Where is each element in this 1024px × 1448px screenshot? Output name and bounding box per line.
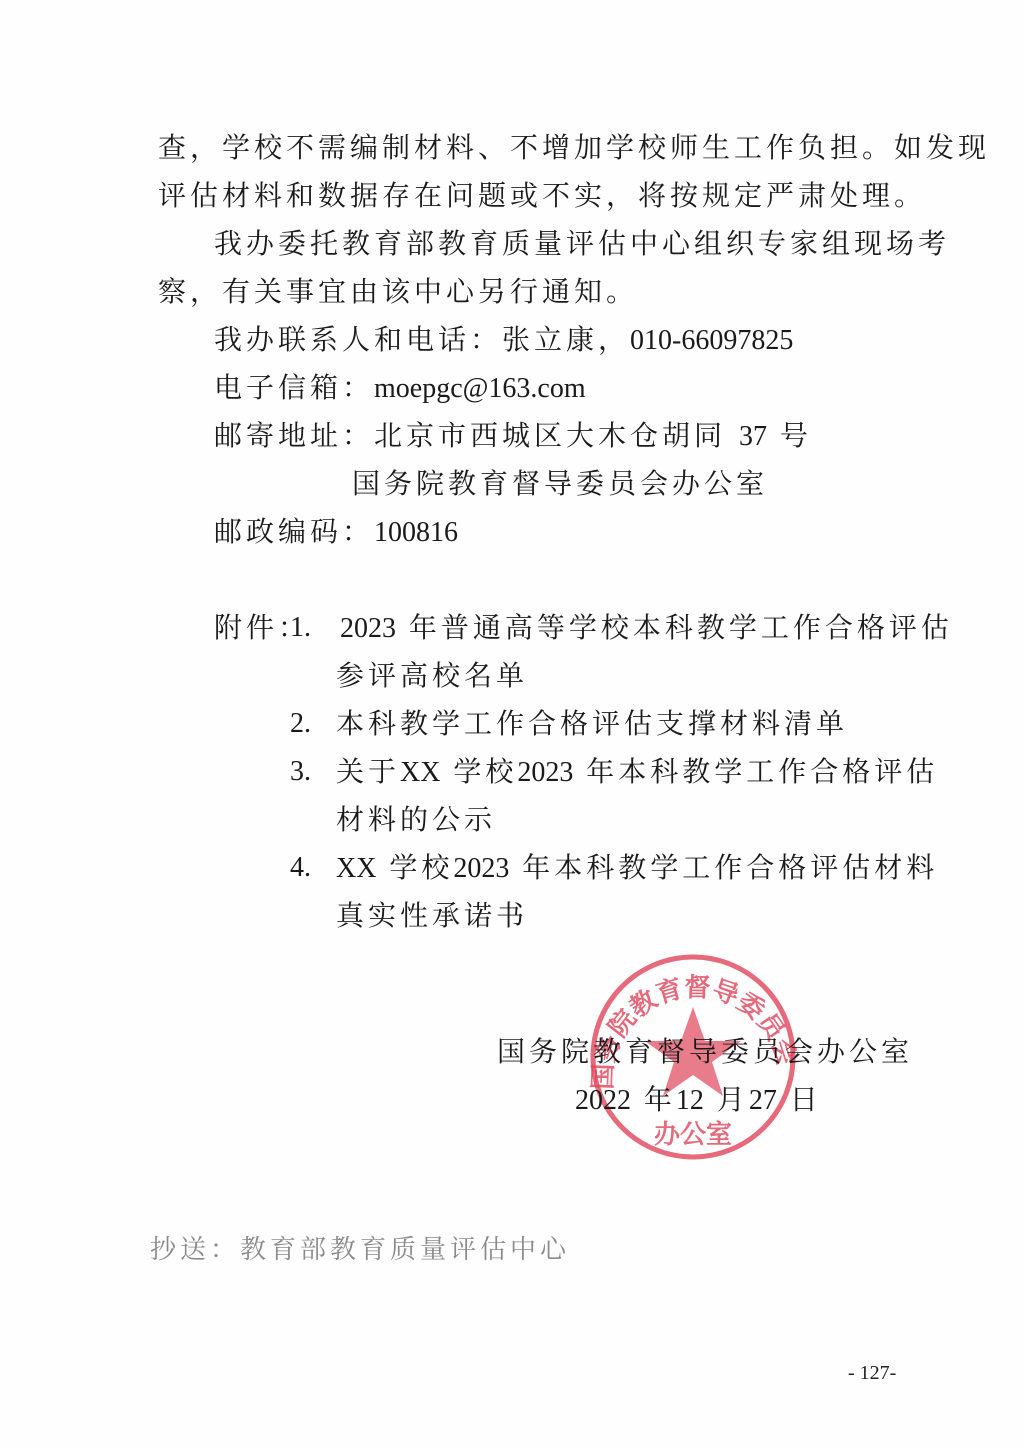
phone-number: 010-66097825 — [630, 325, 793, 356]
attachment-title: 年本科教学工作合格评估 — [586, 755, 938, 788]
attachment-number: 2. — [290, 708, 311, 740]
contact-email: 电子信箱：moepgc@163.com — [214, 372, 586, 405]
date-month: 12 — [676, 1085, 704, 1116]
date-year: 2022 — [575, 1085, 631, 1116]
attachment-title: 关于 — [336, 755, 400, 788]
svg-text:办公室: 办公室 — [654, 1120, 732, 1150]
paragraph-line: 察，有关事宜由该中心另行通知。 — [158, 276, 638, 308]
address-label: 邮寄地址： — [214, 419, 374, 452]
contact-postcode: 邮政编码：100816 — [214, 516, 458, 549]
attachment-title: 学校 — [389, 851, 453, 884]
year: 2023 — [517, 757, 573, 788]
attachment-title: 学校 — [453, 755, 517, 788]
signing-organization: 国务院教育督导委员会办公室 — [497, 1036, 913, 1068]
email-address: moepgc@163.com — [374, 373, 586, 404]
contact-phone: 我办联系人和电话：张立康，010-66097825 — [214, 324, 793, 357]
postcode-value: 100816 — [374, 517, 458, 548]
attachment-item-1-cont: 参评高校名单 — [336, 660, 528, 692]
attachment-item-3-cont: 材料的公示 — [336, 804, 496, 836]
date-unit: 年 — [644, 1083, 676, 1116]
address-text: 号 — [780, 419, 812, 452]
attachment-item-1: 2023 年普通高等学校本科教学工作合格评估 — [340, 612, 953, 645]
svg-text:国务院教育督导委员会: 国务院教育督导委员会 — [588, 973, 801, 1090]
signing-date: 2022 年12 月27 日 — [575, 1084, 822, 1117]
attachment-title: 年普通高等学校本科教学工作合格评估 — [409, 611, 953, 644]
year: 2023 — [340, 613, 396, 644]
cc-line: 抄送：教育部教育质量评估中心 — [150, 1234, 570, 1266]
page-number: - 127- — [848, 1362, 896, 1385]
paragraph-line: 评估材料和数据存在问题或不实，将按规定严肃处理。 — [158, 180, 926, 212]
paragraph-line: 我办委托教育部教育质量评估中心组织专家组现场考 — [214, 228, 950, 260]
attachment-title: 年本科教学工作合格评估材料 — [522, 851, 938, 884]
attachment-number: 3. — [290, 756, 311, 788]
postcode-label: 邮政编码： — [214, 515, 374, 548]
phone-label: 我办联系人和电话： — [214, 323, 502, 356]
attachment-number: 1. — [290, 612, 311, 644]
attachment-number: 4. — [290, 852, 311, 884]
date-day: 27 — [749, 1085, 777, 1116]
placeholder-xx: XX — [400, 757, 440, 788]
address-line-2: 国务院教育督导委员会办公室 — [352, 468, 768, 500]
attachment-item-3: 关于XX 学校2023 年本科教学工作合格评估 — [336, 756, 938, 789]
attachment-item-2: 本科教学工作合格评估支撑材料清单 — [336, 708, 848, 740]
placeholder-xx: XX — [336, 853, 376, 884]
address-number: 37 — [739, 421, 767, 452]
attachment-item-4: XX 学校2023 年本科教学工作合格评估材料 — [336, 852, 938, 885]
cc-recipient: 教育部教育质量评估中心 — [240, 1235, 570, 1265]
paragraph-line: 查，学校不需编制材料、不增加学校师生工作负担。如发现 — [158, 132, 990, 164]
attachment-item-4-cont: 真实性承诺书 — [336, 900, 528, 932]
date-unit: 月 — [717, 1083, 749, 1116]
year: 2023 — [453, 853, 509, 884]
address-text: 北京市西城区大木仓胡同 — [374, 419, 726, 452]
phone-person: 张立康， — [502, 323, 630, 356]
date-unit: 日 — [790, 1083, 822, 1116]
contact-address: 邮寄地址：北京市西城区大木仓胡同 37 号 — [214, 420, 812, 453]
cc-label: 抄送： — [150, 1235, 240, 1265]
email-label: 电子信箱： — [214, 371, 374, 404]
